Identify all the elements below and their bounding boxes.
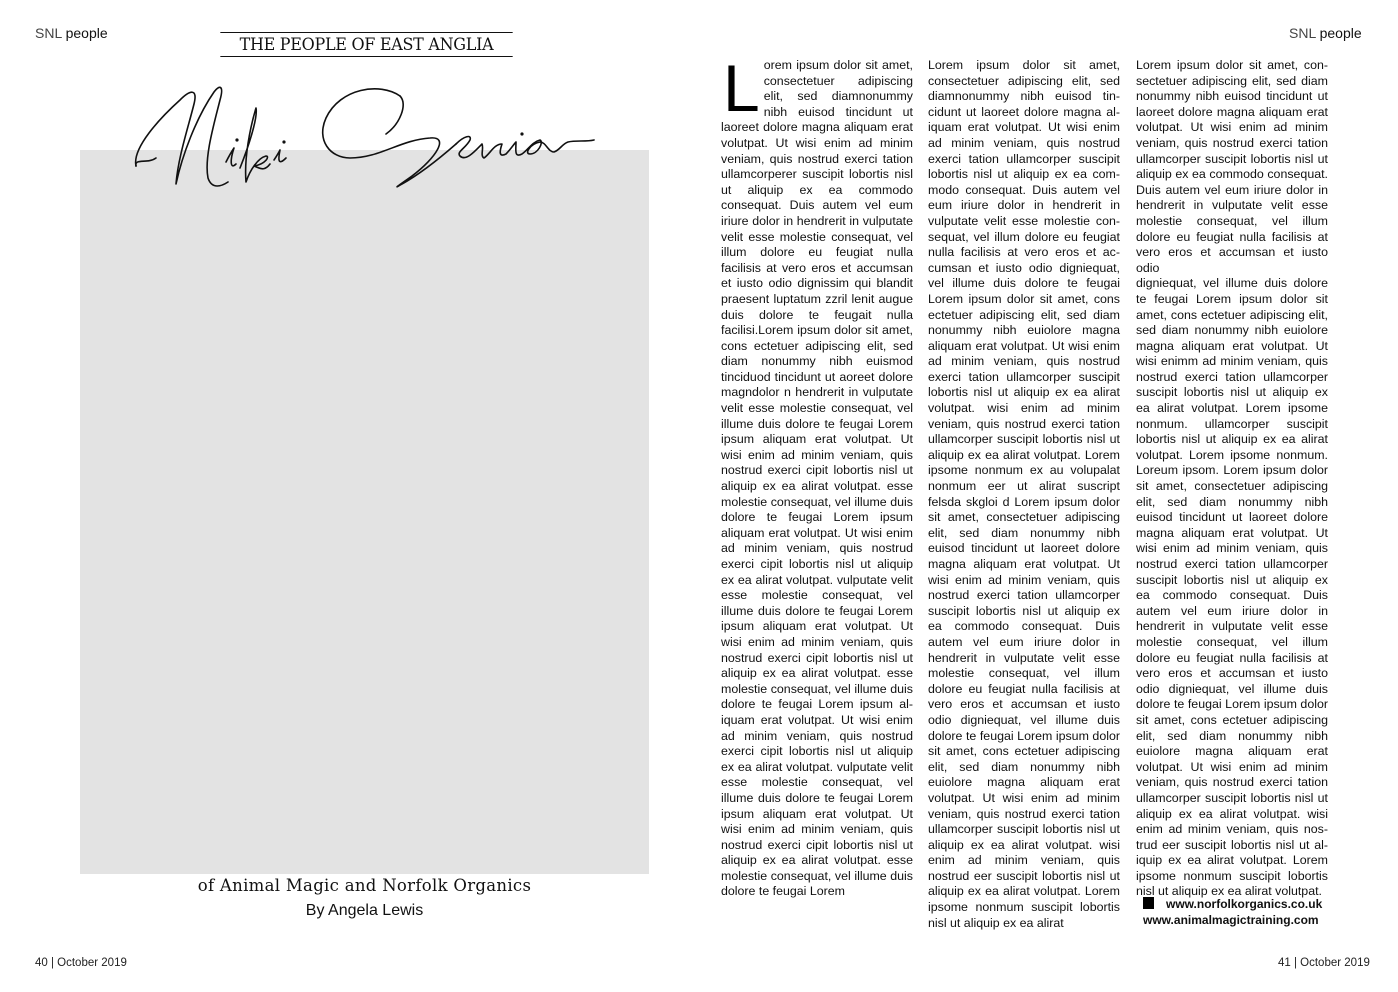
script-title: Niki Senior — [130, 78, 600, 198]
signature-niki-senior-icon: Niki Senior — [130, 78, 600, 198]
drop-cap: L — [723, 62, 760, 116]
byline: By Angela Lewis — [80, 902, 649, 920]
section-label-right: SNL people — [1289, 25, 1362, 41]
link-row-2: www.animalmagictraining.com — [1143, 912, 1322, 928]
column-text-a: Lorem ipsum dolor sit amet, con­sectetue… — [1136, 58, 1328, 276]
square-bullet-icon — [1143, 897, 1154, 909]
column-text: orem ipsum dolor sit amet, consectetuer … — [721, 58, 913, 900]
kicker-heading: THE PEOPLE OF EAST ANGLIA — [220, 32, 512, 57]
section-name: people — [1320, 25, 1362, 41]
section-name: people — [66, 25, 108, 41]
photo-placeholder — [80, 150, 649, 874]
link-animal-magic[interactable]: www.animalmagictraining.com — [1143, 913, 1319, 927]
link-row-1: www.norfolkorganics.co.uk — [1143, 896, 1322, 912]
link-norfolk-organics[interactable]: www.norfolkorganics.co.uk — [1166, 897, 1322, 911]
website-links: www.norfolkorganics.co.uk www.animalmagi… — [1143, 896, 1322, 928]
section-label-left: SNL people — [35, 25, 108, 41]
article-column-2: Lorem ipsum dolor sit amet, consectetuer… — [928, 58, 1120, 931]
column-text-b: digniequat, vel illume duis dolore te fe… — [1136, 276, 1328, 900]
article-column-1: L orem ipsum dolor sit amet, consectetue… — [721, 58, 913, 900]
column-text: Lorem ipsum dolor sit amet, consectetuer… — [928, 58, 1120, 931]
section-prefix: SNL — [35, 25, 62, 41]
folio-right: 41 | October 2019 — [1278, 957, 1370, 969]
folio-left: 40 | October 2019 — [35, 957, 127, 969]
section-prefix: SNL — [1289, 25, 1316, 41]
article-subtitle: of Animal Magic and Norfolk Organics — [80, 876, 649, 895]
article-column-3: Lorem ipsum dolor sit amet, con­sectetue… — [1136, 58, 1328, 900]
